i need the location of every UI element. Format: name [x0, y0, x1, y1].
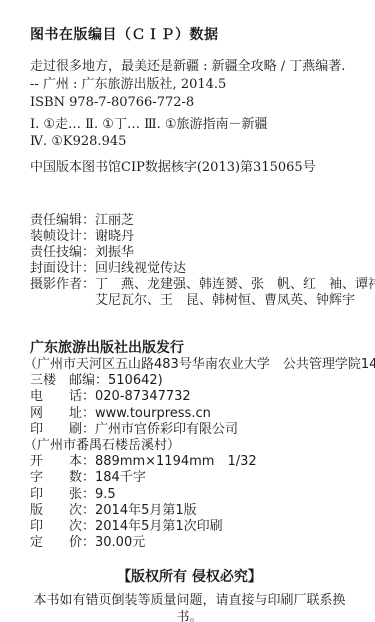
publisher-city-line: -- 广州 : 广东旅游出版社, 2014.5: [30, 76, 363, 94]
cip-classification: Ⅰ. ①走… Ⅱ. ①丁… Ⅲ. ①旅游指南－新疆 Ⅳ. ①K928.945: [30, 116, 363, 150]
footer-block: 【版权所有 侵权必究】 本书如有错页倒装等质量问题，请直接与印刷厂联系换书。: [30, 568, 349, 622]
binding-design-line: 装帧设计：谢晓丹: [30, 229, 363, 245]
book-title-line: 走过很多地方，最美还是新疆 : 新疆全攻略 / 丁燕编著.: [30, 58, 363, 76]
website-line: 网 址：www.tourpress.cn: [30, 406, 363, 422]
cip-block: 图书在版编目（ＣＩＰ）数据 走过很多地方，最美还是新疆 : 新疆全攻略 / 丁燕…: [30, 26, 363, 176]
format-line: 开 本：889mm×1194mm 1/32: [30, 454, 363, 470]
publisher-block: 广东旅游出版社出版发行 （广州市天河区五山路483号华南农业大学 公共管理学院1…: [30, 339, 363, 454]
cip-record-number: 中国版本图书馆CIP数据核字(2013)第315065号: [30, 159, 363, 176]
quality-notice: 本书如有错页倒装等质量问题，请直接与印刷厂联系换书。: [30, 592, 349, 622]
publisher-address-line-2: 三楼 邮编：510642): [30, 373, 363, 389]
cip-description: 走过很多地方，最美还是新疆 : 新疆全攻略 / 丁燕编著. -- 广州 : 广东…: [30, 58, 363, 112]
copyright-page: 图书在版编目（ＣＩＰ）数据 走过很多地方，最美还是新疆 : 新疆全攻略 / 丁燕…: [0, 0, 375, 622]
printer-line: 印 刷：广州市官侨彩印有限公司: [30, 422, 363, 438]
cover-design-line: 封面设计：回归线视觉传达: [30, 261, 363, 277]
word-count-line: 字 数：184千字: [30, 470, 363, 486]
copyright-notice: 【版权所有 侵权必究】: [30, 568, 349, 586]
photographers-line-1: 摄影作者：丁 燕、龙建强、韩连赟、张 帆、红 袖、谭祎波: [30, 277, 363, 293]
impression-line: 印 次：2014年5月第1次印刷: [30, 519, 363, 535]
editor-line: 责任编辑：江丽芝: [30, 213, 363, 229]
publisher-heading: 广东旅游出版社出版发行: [30, 339, 363, 357]
publisher-address-line-1: （广州市天河区五山路483号华南农业大学 公共管理学院14号楼: [24, 357, 363, 373]
printer-address-line: （广州市番禺石楼岳溪村）: [24, 438, 363, 454]
photographers-line-2: 艾尼瓦尔、王 昆、韩树恒、曹凤英、钟辉宇: [95, 293, 363, 309]
cip-heading: 图书在版编目（ＣＩＰ）数据: [30, 26, 363, 44]
technical-editor-line: 责任技编：刘振华: [30, 245, 363, 261]
isbn-line: ISBN 978-7-80766-772-8: [30, 94, 363, 112]
sheets-line: 印 张：9.5: [30, 487, 363, 503]
phone-line: 电 话：020-87347732: [30, 389, 363, 405]
classification-line-1: Ⅰ. ①走… Ⅱ. ①丁… Ⅲ. ①旅游指南－新疆: [30, 116, 363, 133]
price-line: 定 价：30.00元: [30, 535, 363, 551]
specs-block: 开 本：889mm×1194mm 1/32 字 数：184千字 印 张：9.5 …: [30, 454, 363, 551]
edition-line: 版 次：2014年5月第1版: [30, 503, 363, 519]
classification-line-2: Ⅳ. ①K928.945: [30, 133, 363, 150]
staff-block: 责任编辑：江丽芝 装帧设计：谢晓丹 责任技编：刘振华 封面设计：回归线视觉传达 …: [30, 213, 363, 309]
